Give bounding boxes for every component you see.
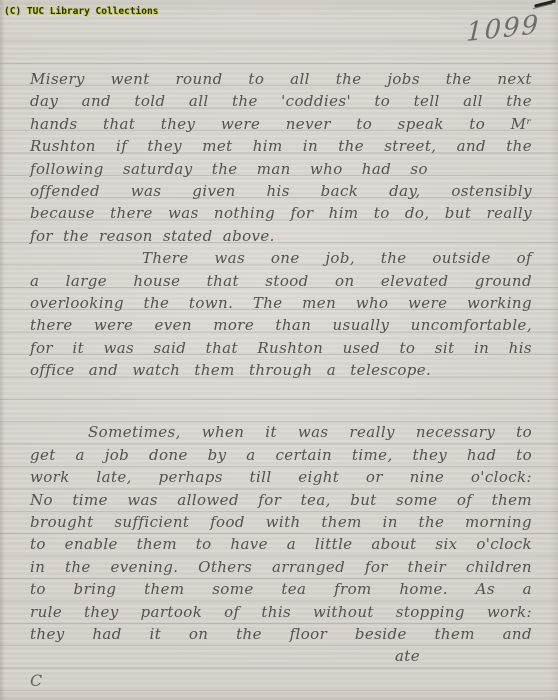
manuscript-line: to bring them some tea from home. As a — [30, 578, 532, 600]
paragraph-1: Misery went round to all the jobs the ne… — [30, 68, 532, 247]
manuscript-line: for it was said that Rushton used to sit… — [30, 337, 532, 359]
page-number: 1099 — [466, 10, 541, 48]
manuscript-line: rule they partook of this without stoppi… — [30, 601, 532, 623]
manuscript-line: offended was given his back day, ostensi… — [30, 180, 532, 202]
manuscript-line: in the evening. Others arranged for thei… — [30, 556, 532, 578]
manuscript-line: office and watch them through a telescop… — [30, 359, 532, 381]
watermark: (C) TUC Library Collections — [4, 6, 158, 17]
manuscript-line: hands that they were never to speak to M… — [30, 113, 532, 135]
manuscript-line: overlooking the town. The men who were w… — [30, 292, 532, 314]
manuscript-line: for the reason stated above. — [30, 225, 532, 247]
manuscript-line: brought sufficient food with them in the… — [30, 511, 532, 533]
manuscript-line: because there was nothing for him to do,… — [30, 202, 532, 224]
manuscript-body: Misery went round to all the jobs the ne… — [30, 68, 532, 692]
manuscript-line: they had it on the floor beside them and — [30, 623, 532, 645]
footer-letter: C — [30, 670, 532, 692]
manuscript-line: following saturday the man who had so — [30, 158, 532, 180]
paragraph-3: Sometimes, when it was really necessary … — [30, 421, 532, 667]
manuscript-line: work late, perhaps till eight or nine o'… — [30, 466, 532, 488]
manuscript-line: a large house that stood on elevated gro… — [30, 270, 532, 292]
manuscript-line: There was one job, the outside of — [142, 247, 532, 269]
manuscript-line: Rushton if they met him in the street, a… — [30, 135, 532, 157]
manuscript-line: Misery went round to all the jobs the ne… — [30, 68, 532, 90]
paragraph-2: There was one job, the outside of a larg… — [30, 247, 532, 381]
trailing-word: ate — [30, 645, 532, 667]
manuscript-line: get a job done by a certain time, they h… — [30, 444, 532, 466]
manuscript-line: there were even more than usually uncomf… — [30, 314, 532, 336]
manuscript-line: Sometimes, when it was really necessary … — [88, 421, 532, 443]
manuscript-line: to enable them to have a little about si… — [30, 533, 532, 555]
manuscript-page: (C) TUC Library Collections 1099 Misery … — [0, 0, 558, 700]
manuscript-line: No time was allowed for tea, but some of… — [30, 489, 532, 511]
page-corner-mark-icon — [534, 0, 556, 8]
manuscript-line: day and told all the 'coddies' to tell a… — [30, 90, 532, 112]
